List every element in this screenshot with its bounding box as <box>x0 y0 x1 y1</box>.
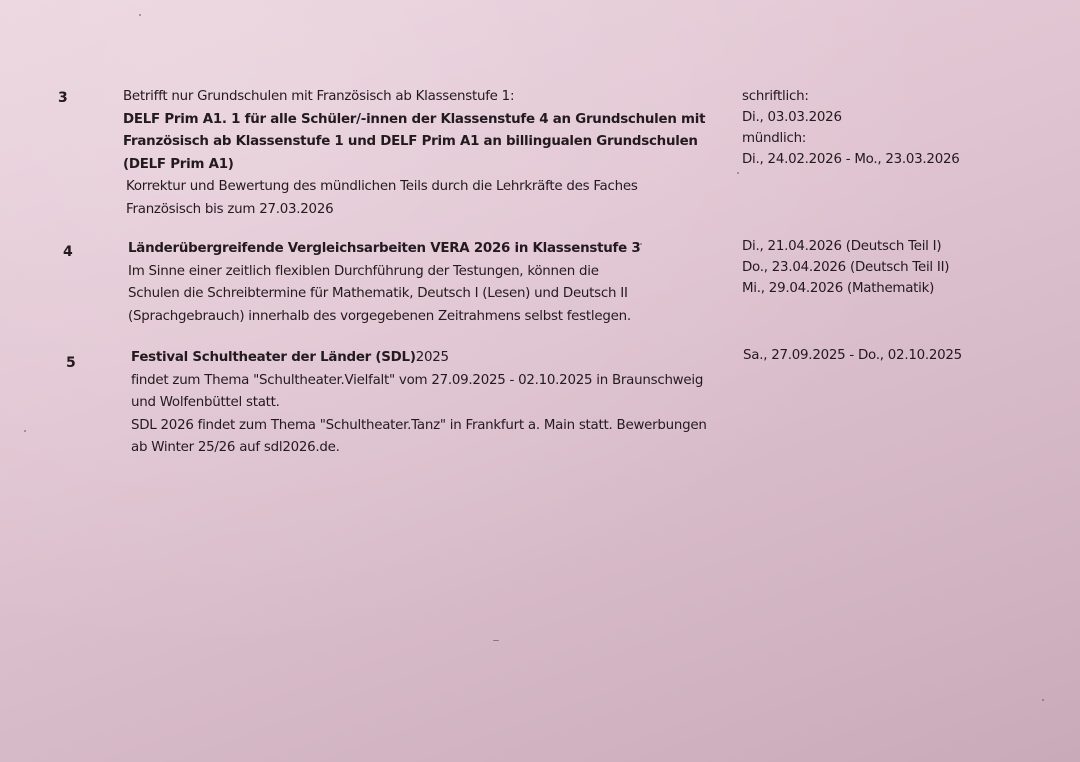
entry-dates: Sa., 27.09.2025 - Do., 02.10.2025 <box>743 345 962 366</box>
entry-number: 3 <box>58 90 68 106</box>
date-value: Mi., 29.04.2026 (Mathematik) <box>742 278 949 299</box>
date-label-written: schriftlich: <box>742 86 960 107</box>
entry-body-line: Im Sinne einer zeitlich flexiblen Durchf… <box>128 261 640 284</box>
paper-speck <box>1042 699 1044 701</box>
paper-speck <box>640 243 642 245</box>
paper-speck <box>493 640 499 641</box>
entry-body-line: Schulen die Schreibtermine für Mathemati… <box>128 283 640 306</box>
paper-document: 3 Betrifft nur Grundschulen mit Französi… <box>0 0 1080 762</box>
entry-body-line: (Sprachgebrauch) innerhalb des vorgegebe… <box>128 306 640 329</box>
date-value: Di., 21.04.2026 (Deutsch Teil I) <box>742 236 949 257</box>
entry-dates: Di., 21.04.2026 (Deutsch Teil I) Do., 23… <box>742 236 949 299</box>
entry-body-line: SDL 2026 findet zum Thema "Schultheater.… <box>131 415 707 438</box>
entry-title-line: Französisch ab Klassenstufe 1 und DELF P… <box>123 131 705 154</box>
entry-title-line: (DELF Prim A1) <box>123 154 705 177</box>
entry-title-bold: Festival Schultheater der Länder (SDL) <box>131 350 416 365</box>
paper-speck <box>139 14 141 16</box>
entry-body-line: findet zum Thema "Schultheater.Vielfalt"… <box>131 370 707 393</box>
date-label-oral: mündlich: <box>742 128 960 149</box>
entry-title-line: Länderübergreifende Vergleichsarbeiten V… <box>128 238 640 261</box>
entry-body-line: Französisch bis zum 27.03.2026 <box>123 199 705 222</box>
date-range: Di., 24.02.2026 - Mo., 23.03.2026 <box>742 149 960 170</box>
entry-description: Festival Schultheater der Länder (SDL)20… <box>131 347 707 460</box>
paper-speck <box>24 430 26 432</box>
entry-title-year: 2025 <box>416 350 449 365</box>
entry-body-line: Korrektur und Bewertung des mündlichen T… <box>123 176 705 199</box>
entry-title-line: Festival Schultheater der Länder (SDL)20… <box>131 347 707 370</box>
entry-number: 4 <box>63 244 73 260</box>
entry-body-line: ab Winter 25/26 auf sdl2026.de. <box>131 437 707 460</box>
date-range: Sa., 27.09.2025 - Do., 02.10.2025 <box>743 345 962 366</box>
date-value: Di., 03.03.2026 <box>742 107 960 128</box>
date-value: Do., 23.04.2026 (Deutsch Teil II) <box>742 257 949 278</box>
entry-body-line: und Wolfenbüttel statt. <box>131 392 707 415</box>
entry-dates: schriftlich: Di., 03.03.2026 mündlich: D… <box>742 86 960 170</box>
entry-description: Länderübergreifende Vergleichsarbeiten V… <box>128 238 640 328</box>
entry-description: Betrifft nur Grundschulen mit Französisc… <box>123 86 705 221</box>
entry-title-line: DELF Prim A1. 1 für alle Schüler/-innen … <box>123 109 705 132</box>
entry-intro: Betrifft nur Grundschulen mit Französisc… <box>123 86 705 109</box>
entry-number: 5 <box>66 355 76 371</box>
paper-speck <box>737 172 739 174</box>
